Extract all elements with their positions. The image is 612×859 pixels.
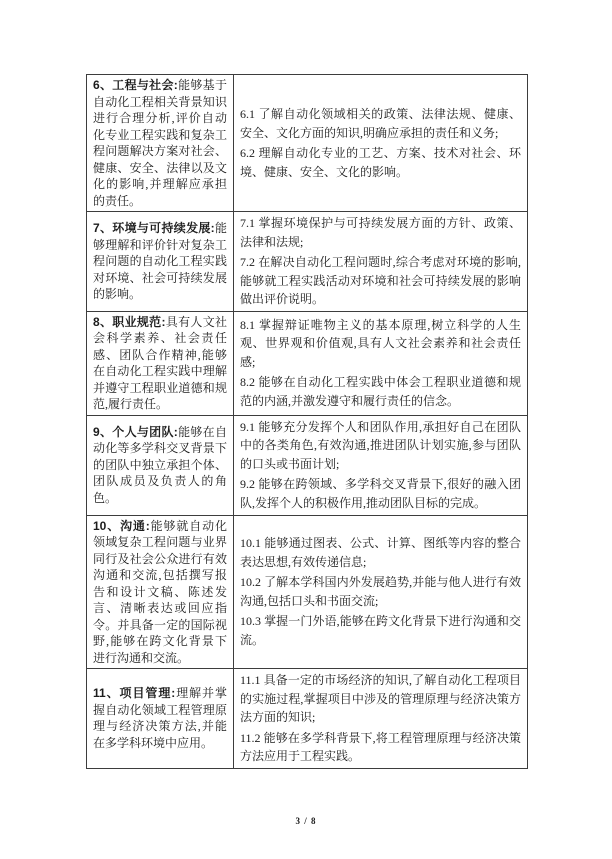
table-row: 10、沟通:能够就自动化领域复杂工程问题与业界同行及社会公众进行有效沟通和交流,…	[87, 515, 528, 669]
indicator-cell: 7.1 掌握环境保护与可持续发展方面的方针、政策、法律和法规; 7.2 在解决自…	[234, 212, 528, 312]
indicator-item: 10.2 了解本学科国内外发展趋势,并能与他人进行有效沟通,包括口头和书面交流;	[240, 573, 521, 610]
table-row: 6、工程与社会:能够基于自动化工程相关背景知识进行合理分析,评价自动化专业工程实…	[87, 75, 528, 212]
indicator-item: 11.1 具备一定的市场经济的知识,了解自动化工程项目的实施过程,掌握项目中涉及…	[240, 671, 521, 727]
requirement-heading: 9、个人与团队:	[93, 425, 178, 439]
requirement-cell: 11、项目管理:理解并掌握自动化领域工程管理原理与经济决策方法,并能在多学科环境…	[87, 669, 234, 769]
indicator-item: 10.1 能够通过图表、公式、计算、图纸等内容的整合表达思想,有效传递信息;	[240, 534, 521, 571]
indicator-cell: 11.1 具备一定的市场经济的知识,了解自动化工程项目的实施过程,掌握项目中涉及…	[234, 669, 528, 769]
indicator-item: 6.1 了解自动化领域相关的政策、法律法规、健康、安全、文化方面的知识,明确应承…	[240, 105, 521, 142]
indicator-item: 6.2 理解自动化专业的工艺、方案、技术对社会、环境、健康、安全、文化的影响。	[240, 144, 521, 181]
indicator-item: 9.1 能够充分发挥个人和团队作用,承担好自己在团队中的各类角色,有效沟通,推进…	[240, 418, 521, 474]
indicator-item: 11.2 能够在多学科背景下,将工程管理原理与经济决策方法应用于工程实践。	[240, 729, 521, 766]
requirements-table: 6、工程与社会:能够基于自动化工程相关背景知识进行合理分析,评价自动化专业工程实…	[86, 74, 528, 769]
requirement-cell: 8、职业规范:具有人文社会科学素养、社会责任感、团队合作精神,能够在自动化工程实…	[87, 311, 234, 415]
document-page: 6、工程与社会:能够基于自动化工程相关背景知识进行合理分析,评价自动化专业工程实…	[0, 0, 612, 859]
table-row: 7、环境与可持续发展:能够理解和评价针对复杂工程问题的自动化工程实践对环境、社会…	[87, 212, 528, 312]
page-number: 3 / 8	[0, 816, 612, 826]
indicator-item: 7.2 在解决自动化工程问题时,综合考虑对环境的影响,能够就工程实践活动对环境和…	[240, 253, 521, 309]
requirement-heading: 6、工程与社会:	[93, 78, 178, 92]
requirement-cell: 10、沟通:能够就自动化领域复杂工程问题与业界同行及社会公众进行有效沟通和交流,…	[87, 515, 234, 669]
indicator-item: 8.2 能够在自动化工程实践中体会工程职业道德和规范的内涵,并激发遵守和履行责任…	[240, 373, 521, 410]
indicator-cell: 8.1 掌握辩证唯物主义的基本原理,树立科学的人生观、世界观和价值观,具有人文社…	[234, 311, 528, 415]
indicator-cell: 10.1 能够通过图表、公式、计算、图纸等内容的整合表达思想,有效传递信息; 1…	[234, 515, 528, 669]
indicator-item: 9.2 能够在跨领域、多学科交叉背景下,很好的融入团队,发挥个人的积极作用,推动…	[240, 475, 521, 512]
indicator-item: 10.3 掌握一门外语,能够在跨文化背景下进行沟通和交流。	[240, 612, 521, 649]
table-row: 8、职业规范:具有人文社会科学素养、社会责任感、团队合作精神,能够在自动化工程实…	[87, 311, 528, 415]
requirement-heading: 7、环境与可持续发展:	[93, 221, 215, 235]
requirement-cell: 7、环境与可持续发展:能够理解和评价针对复杂工程问题的自动化工程实践对环境、社会…	[87, 212, 234, 312]
indicator-cell: 9.1 能够充分发挥个人和团队作用,承担好自己在团队中的各类角色,有效沟通,推进…	[234, 415, 528, 515]
requirement-heading: 11、项目管理:	[93, 686, 175, 700]
table-row: 11、项目管理:理解并掌握自动化领域工程管理原理与经济决策方法,并能在多学科环境…	[87, 669, 528, 769]
requirement-cell: 9、个人与团队:能够在自动化等多学科交叉背景下的团队中独立承担个体、团队成员及负…	[87, 415, 234, 515]
requirement-description: 能够就自动化领域复杂工程问题与业界同行及社会公众进行有效沟通和交流,包括撰写报告…	[93, 519, 227, 665]
indicator-item: 8.1 掌握辩证唯物主义的基本原理,树立科学的人生观、世界观和价值观,具有人文社…	[240, 316, 521, 372]
requirement-heading: 10、沟通:	[93, 519, 150, 533]
indicator-item: 7.1 掌握环境保护与可持续发展方面的方针、政策、法律和法规;	[240, 214, 521, 251]
requirement-heading: 8、职业规范:	[93, 315, 165, 329]
requirement-description: 能够基于自动化工程相关背景知识进行合理分析,评价自动化专业工程实践和复杂工程问题…	[93, 78, 227, 208]
indicator-cell: 6.1 了解自动化领域相关的政策、法律法规、健康、安全、文化方面的知识,明确应承…	[234, 75, 528, 212]
requirement-cell: 6、工程与社会:能够基于自动化工程相关背景知识进行合理分析,评价自动化专业工程实…	[87, 75, 234, 212]
table-row: 9、个人与团队:能够在自动化等多学科交叉背景下的团队中独立承担个体、团队成员及负…	[87, 415, 528, 515]
